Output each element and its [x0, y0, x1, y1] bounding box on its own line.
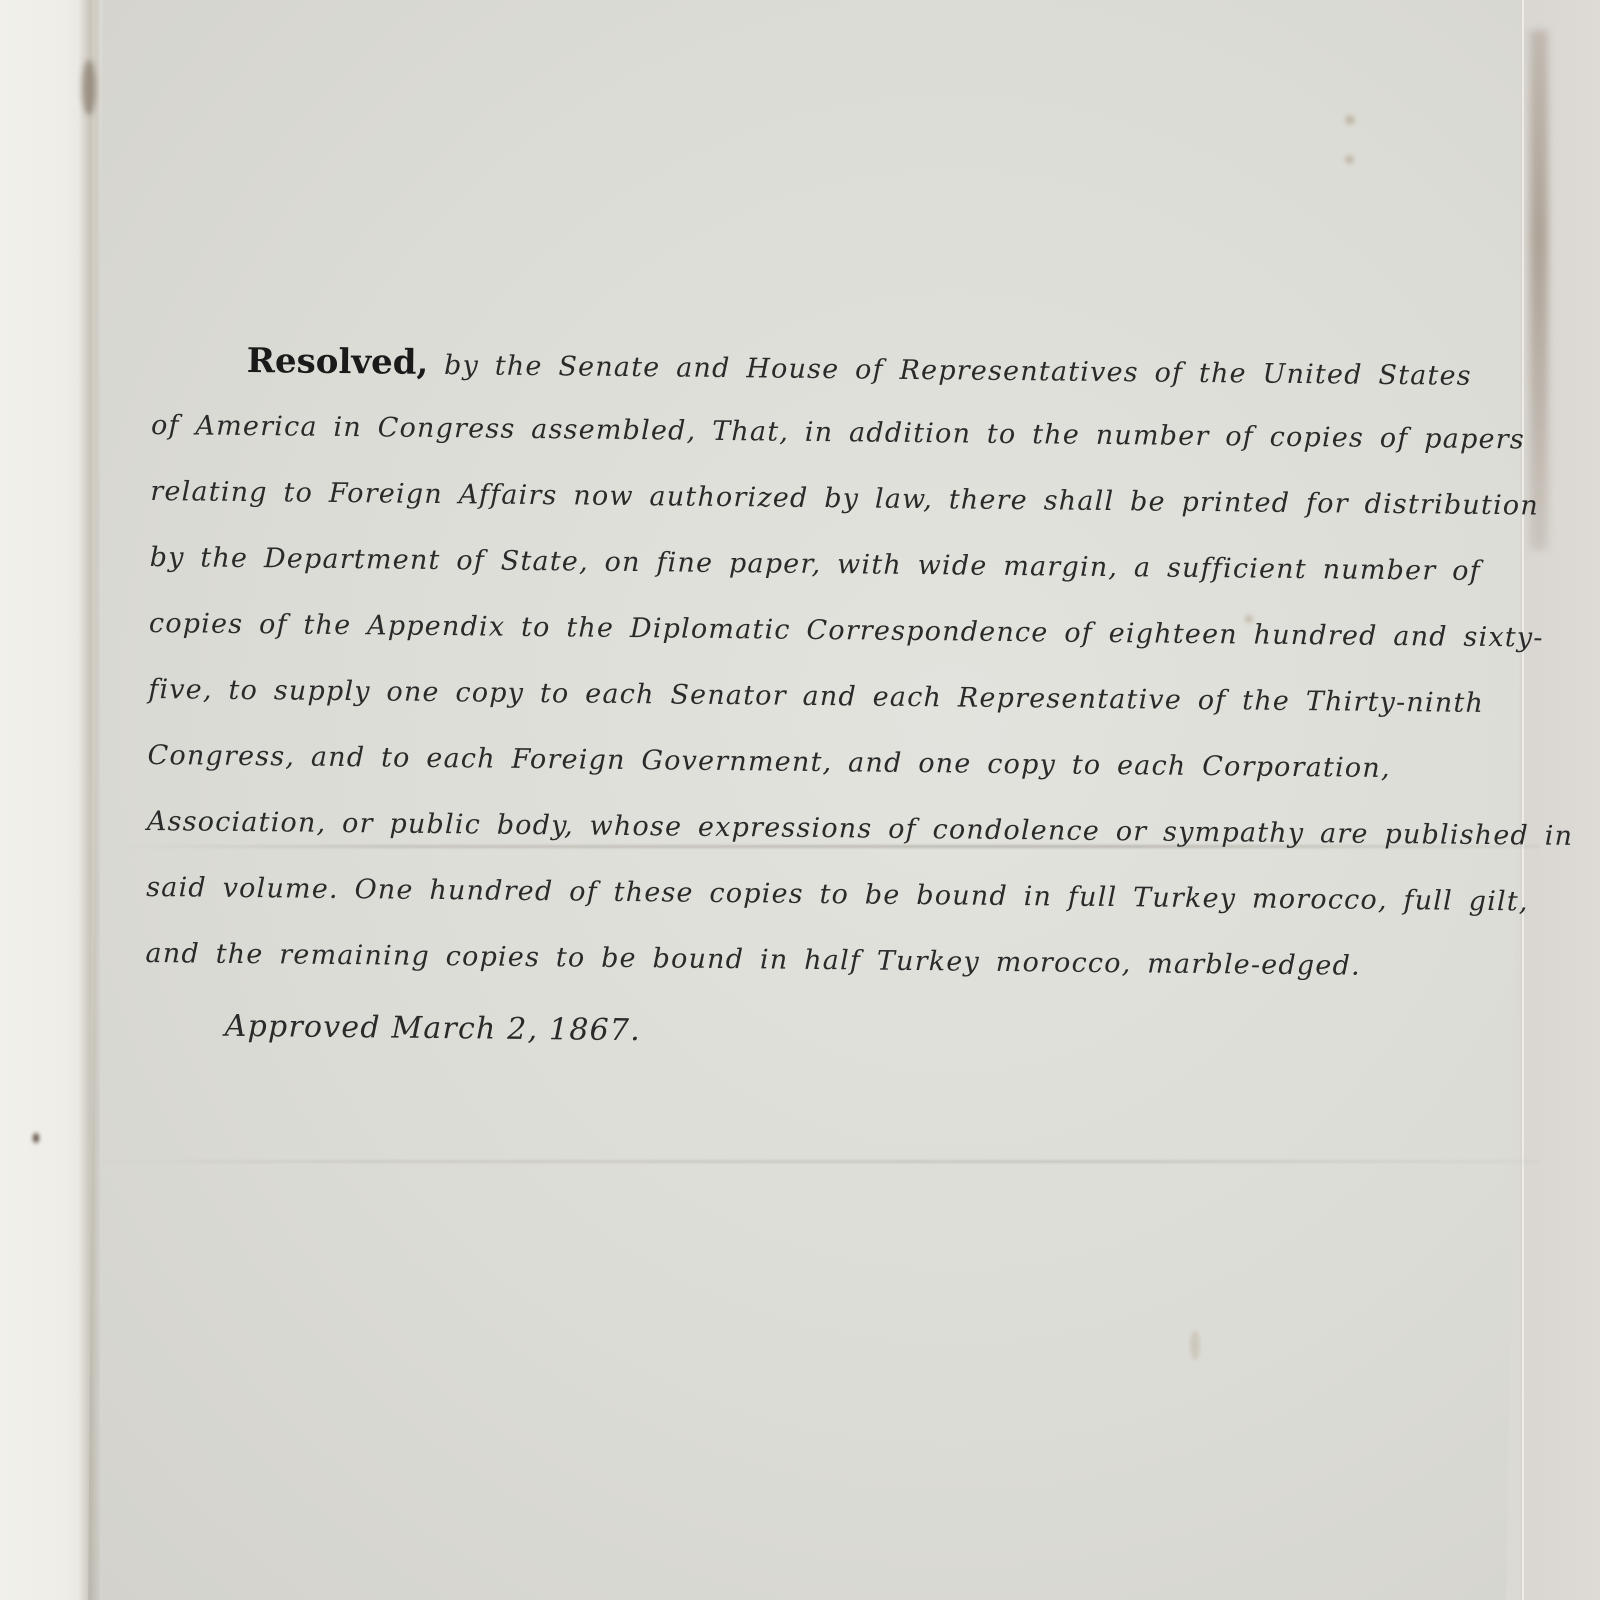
resolved-heading: Resolved,: [247, 341, 429, 383]
photo-scene: Resolved, by the Senate and House of Rep…: [0, 0, 1600, 1600]
text-line: and the remaining copies to be bound in …: [145, 929, 1386, 1008]
fold-crease: [90, 1160, 1540, 1163]
page-edge: [1522, 0, 1524, 1600]
binding-shadow: [78, 0, 100, 1600]
foxing-spot: [1345, 155, 1354, 164]
edge-stain: [82, 60, 96, 115]
resolution-text: Resolved, by the Senate and House of Rep…: [145, 335, 1392, 1064]
foxing-spot: [33, 1133, 39, 1143]
edge-stain: [1530, 30, 1548, 550]
foxing-spot: [1190, 1330, 1200, 1360]
foxing-spot: [1345, 115, 1355, 125]
